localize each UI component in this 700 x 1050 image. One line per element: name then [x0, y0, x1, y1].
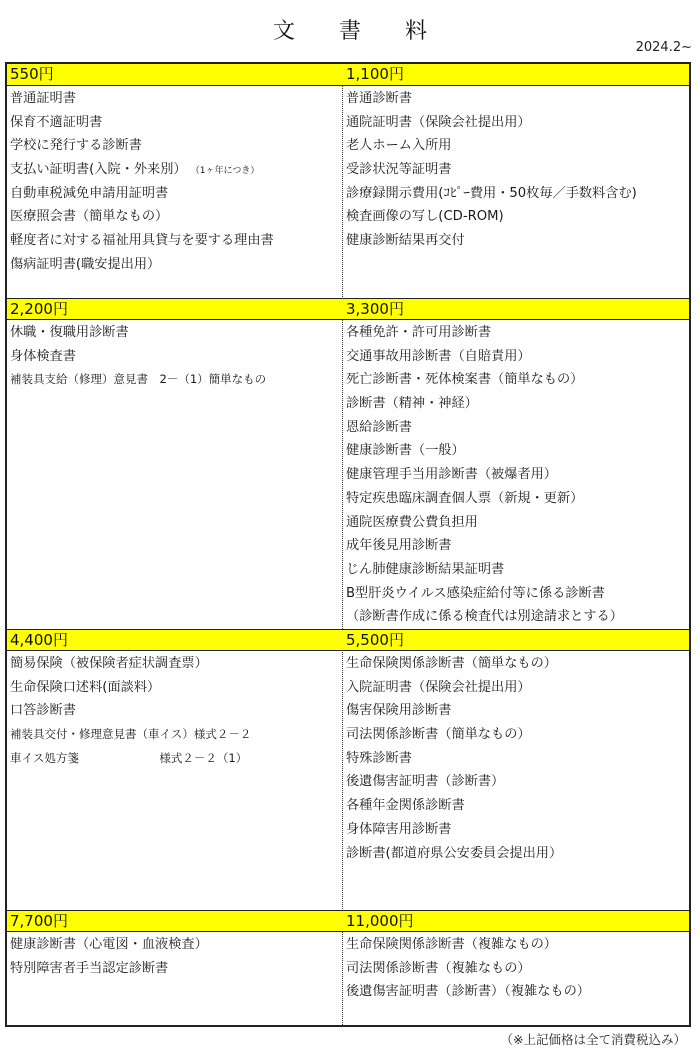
title-char: 書: [339, 14, 361, 45]
list-item: 傷病証明書(職安提出用）: [10, 253, 340, 277]
price-header-row: 7,700円 11,000円: [7, 910, 689, 932]
price-label: 3,300円: [346, 300, 404, 319]
item-list-right: 普通診断書 通院証明書（保険会社提出用） 老人ホーム入所用 受診状況等証明書 診…: [346, 87, 686, 253]
list-item: 診断書（精神・神経）: [346, 392, 686, 416]
list-item: 検査画像の写し(CD-ROM): [346, 205, 686, 229]
list-item: 車イス処方箋 様式２－２（1）: [10, 747, 340, 771]
page-title: 文書料: [0, 14, 700, 45]
list-item: 身体検査書: [10, 345, 340, 369]
list-item: 生命保険関係診断書（複雑なもの）: [346, 933, 686, 957]
price-label: 1,100円: [346, 65, 404, 84]
list-item: 健康診断結果再交付: [346, 229, 686, 253]
title-char: 文: [273, 14, 295, 45]
list-item: 軽度者に対する福祉用具貸与を要する理由書: [10, 229, 340, 253]
price-label: 4,400円: [10, 631, 68, 650]
list-item: 診断書(都道府県公安委員会提出用）: [346, 842, 686, 866]
list-item: 通院医療費公費負担用: [346, 511, 686, 535]
item-list-left: 健康診断書（心電図・血液検査） 特別障害者手当認定診断書: [10, 933, 340, 980]
list-item: 生命保険口述料(面談料）: [10, 676, 340, 700]
price-label: 550円: [10, 65, 54, 84]
price-header-row: 550円 1,100円: [7, 64, 689, 86]
item-list-right: 生命保険関係診断書（簡単なもの） 入院証明書（保険会社提出用） 傷害保険用診断書…: [346, 652, 686, 865]
list-item: 自動車税減免申請用証明書: [10, 182, 340, 206]
list-item: 各種免許・許可用診断書: [346, 321, 686, 345]
price-label: 7,700円: [10, 912, 68, 931]
list-item: 通院証明書（保険会社提出用）: [346, 111, 686, 135]
list-item: 健康診断書（心電図・血液検査）: [10, 933, 340, 957]
list-item: 身体障害用診断書: [346, 818, 686, 842]
list-item: じん肺健康診断結果証明書: [346, 558, 686, 582]
list-item: 受診状況等証明書: [346, 158, 686, 182]
list-item: 老人ホーム入所用: [346, 134, 686, 158]
title-char: 料: [405, 14, 427, 45]
list-item: B型肝炎ウイルス感染症給付等に係る診断書: [346, 582, 686, 606]
list-item: 各種年金関係診断書: [346, 794, 686, 818]
tax-note: （※上記価格は全て消費税込み）: [501, 1030, 686, 1048]
item-list-left: 普通証明書 保育不適証明書 学校に発行する診断書 支払い証明書(入院・外来別） …: [10, 87, 340, 277]
list-item: 司法関係診断書（複雑なもの）: [346, 957, 686, 981]
item-list-right: 生命保険関係診断書（複雑なもの） 司法関係診断書（複雑なもの） 後遺傷害証明書（…: [346, 933, 686, 1004]
list-item: 恩給診断書: [346, 416, 686, 440]
list-item: 診療録開示費用(ｺﾋﾟｰ費用・50枚毎／手数料含む): [346, 182, 686, 206]
price-label: 5,500円: [346, 631, 404, 650]
list-item: 口答診断書: [10, 699, 340, 723]
list-item: 学校に発行する診断書: [10, 134, 340, 158]
list-item: 後遺傷害証明書（診断書）（複雑なもの）: [346, 980, 686, 1004]
list-item: 普通診断書: [346, 87, 686, 111]
list-item: 特定疾患臨床調査個人票（新規・更新）: [346, 487, 686, 511]
list-item: （診断書作成に係る検査代は別途請求とする）: [346, 605, 686, 629]
item-list-left: 休職・復職用診断書 身体検査書 補装具支給（修理）意見書 2－（1）簡単なもの: [10, 321, 340, 392]
column-divider: [342, 64, 343, 1025]
price-header-row: 2,200円 3,300円: [7, 298, 689, 320]
list-item: 後遺傷害証明書（診断書）: [346, 770, 686, 794]
list-item: 簡易保険（被保険者症状調査票）: [10, 652, 340, 676]
list-item: 入院証明書（保険会社提出用）: [346, 676, 686, 700]
list-item: 支払い証明書(入院・外来別） （1ヶ年につき）: [10, 158, 340, 182]
list-item: 成年後見用診断書: [346, 534, 686, 558]
list-item: 死亡診断書・死体検案書（簡単なもの）: [346, 368, 686, 392]
price-header-row: 4,400円 5,500円: [7, 629, 689, 651]
list-item: 特別障害者手当認定診断書: [10, 957, 340, 981]
price-label: 11,000円: [346, 912, 414, 931]
list-item: 休職・復職用診断書: [10, 321, 340, 345]
list-item-text: 支払い証明書(入院・外来別）: [10, 162, 187, 177]
list-item: 司法関係診断書（簡単なもの）: [346, 723, 686, 747]
list-item: 交通事故用診断書（自賠責用）: [346, 345, 686, 369]
list-item: 保育不適証明書: [10, 111, 340, 135]
price-label: 2,200円: [10, 300, 68, 319]
list-item: 補装具支給（修理）意見書 2－（1）簡単なもの: [10, 368, 340, 392]
list-item: 健康管理手当用診断書（被爆者用）: [346, 463, 686, 487]
list-item: 特殊診断書: [346, 747, 686, 771]
list-item: 普通証明書: [10, 87, 340, 111]
item-list-left: 簡易保険（被保険者症状調査票） 生命保険口述料(面談料） 口答診断書 補装具交付…: [10, 652, 340, 770]
effective-date: 2024.2~: [636, 40, 692, 55]
list-item: 傷害保険用診断書: [346, 699, 686, 723]
list-item: 補装具交付・修理意見書（車イス）様式２－２: [10, 723, 340, 747]
item-list-right: 各種免許・許可用診断書 交通事故用診断書（自賠責用） 死亡診断書・死体検案書（簡…: [346, 321, 686, 629]
list-item: 健康診断書（一般）: [346, 439, 686, 463]
fee-table: 550円 1,100円 普通証明書 保育不適証明書 学校に発行する診断書 支払い…: [5, 62, 691, 1027]
list-item: 生命保険関係診断書（簡単なもの）: [346, 652, 686, 676]
list-item-note: （1ヶ年につき）: [191, 166, 260, 176]
list-item: 医療照会書（簡単なもの）: [10, 205, 340, 229]
